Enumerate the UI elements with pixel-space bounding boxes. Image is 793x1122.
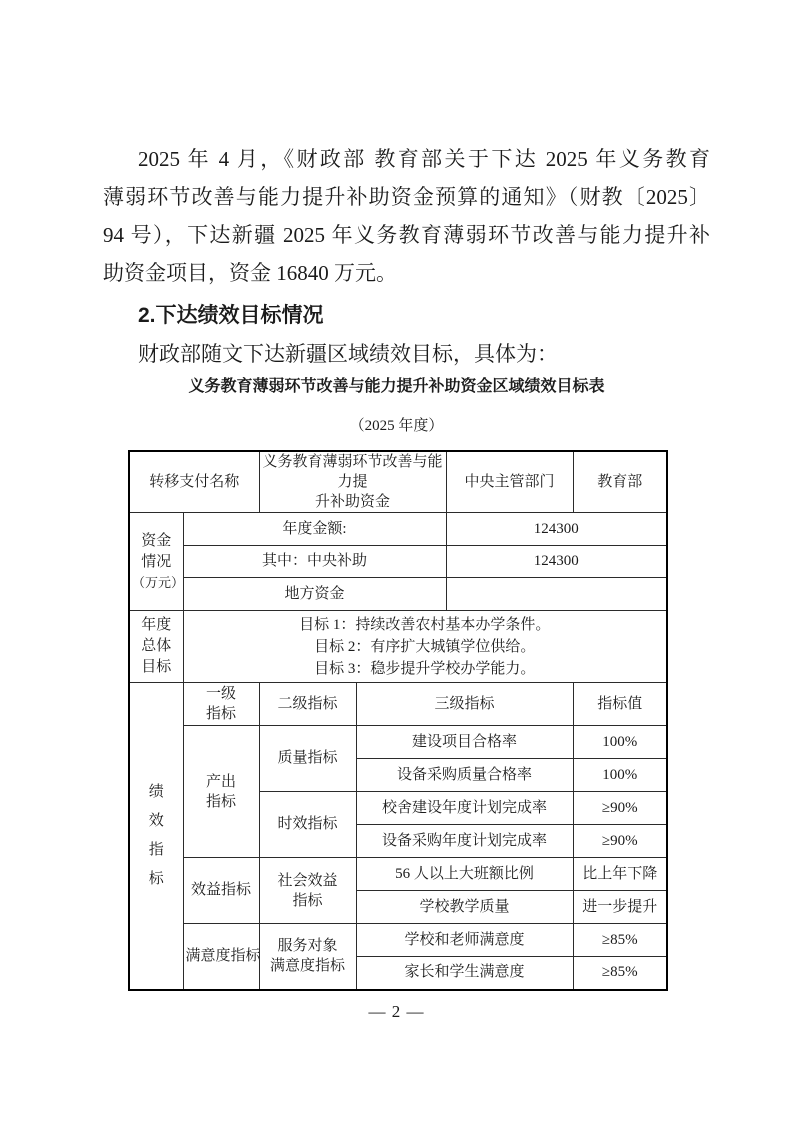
paragraph-line: 薄弱环节改善与能力提升补助资金预算的通知》（财教〔2025〕 [103, 178, 710, 216]
cell-satisfaction-indicator: 满意度指标 [183, 924, 259, 990]
cell-indicator-value: 进一步提升 [573, 891, 667, 924]
cell-level3-header: 三级指标 [356, 683, 573, 726]
goal-line: 目标 2：有序扩大城镇学位供给。 [186, 636, 665, 658]
table-row: 产出 指标 质量指标 建设项目合格率 100% [129, 726, 667, 759]
cell-local-funding-label: 地方资金 [183, 578, 446, 611]
table-title: 义务教育薄弱环节改善与能力提升补助资金区域绩效目标表 [0, 376, 793, 398]
cell-line: 指 [132, 836, 181, 865]
document-page: 2025 年 4 月，《财政部 教育部关于下达 2025 年义务教育 薄弱环节改… [0, 0, 793, 1122]
cell-line: 标 [132, 865, 181, 894]
cell-indicator-name: 学校和老师满意度 [356, 924, 573, 957]
cell-line: 指标 [262, 891, 354, 911]
lead-in-paragraph: 财政部随文下达新疆区域绩效目标，具体为： [103, 335, 710, 373]
cell-line: 效 [132, 807, 181, 836]
cell-indicator-name: 建设项目合格率 [356, 726, 573, 759]
goal-line: 目标 1：持续改善农村基本办学条件。 [186, 614, 665, 636]
table-row: 地方资金 [129, 578, 667, 611]
cell-level1-header: 一级 指标 [183, 683, 259, 726]
cell-indicator-value: ≥85% [573, 957, 667, 990]
cell-service-object-indicator: 服务对象 满意度指标 [259, 924, 356, 990]
section-heading: 2.下达绩效目标情况 [103, 297, 710, 335]
cell-performance-indicators-header: 绩 效 指 标 [129, 683, 183, 990]
cell-funding-header: 资金 情况 （万元） [129, 513, 183, 611]
table-subtitle: （2025 年度） [0, 415, 793, 437]
cell-timeliness-indicator: 时效指标 [259, 792, 356, 858]
cell-annual-amount-value: 124300 [446, 513, 667, 546]
cell-annual-goals: 目标 1：持续改善农村基本办学条件。 目标 2：有序扩大城镇学位供给。 目标 3… [183, 611, 667, 683]
cell-transfer-payment-value: 义务教育薄弱环节改善与能力提 升补助资金 [259, 451, 446, 513]
cell-line: 升补助资金 [262, 492, 444, 512]
cell-central-subsidy-label: 其中：中央补助 [183, 546, 446, 578]
cell-indicator-name: 设备采购年度计划完成率 [356, 825, 573, 858]
cell-level2-header: 二级指标 [259, 683, 356, 726]
cell-indicator-name: 家长和学生满意度 [356, 957, 573, 990]
cell-line: 目标 [132, 657, 181, 678]
cell-line: 义务教育薄弱环节改善与能力提 [262, 452, 444, 492]
cell-central-subsidy-value: 124300 [446, 546, 667, 578]
cell-line: 产出 [186, 772, 257, 792]
paragraph-line: 94 号），下达新疆 2025 年义务教育薄弱环节改善与能力提升补 [103, 216, 710, 254]
cell-central-department-label: 中央主管部门 [446, 451, 573, 513]
cell-benefit-indicator: 效益指标 [183, 858, 259, 924]
cell-line: 情况 [132, 552, 181, 573]
cell-central-department-value: 教育部 [573, 451, 667, 513]
cell-social-benefit-indicator: 社会效益 指标 [259, 858, 356, 924]
table-row: 其中：中央补助 124300 [129, 546, 667, 578]
cell-value-header: 指标值 [573, 683, 667, 726]
cell-indicator-name: 校舍建设年度计划完成率 [356, 792, 573, 825]
intro-paragraph: 2025 年 4 月，《财政部 教育部关于下达 2025 年义务教育 薄弱环节改… [103, 140, 710, 292]
paragraph-line: 助资金项目，资金 16840 万元。 [103, 254, 710, 292]
cell-indicator-value: ≥85% [573, 924, 667, 957]
cell-indicator-name: 设备采购质量合格率 [356, 759, 573, 792]
cell-indicator-value: ≥90% [573, 825, 667, 858]
cell-line: 年度 [132, 615, 181, 636]
cell-local-funding-value [446, 578, 667, 611]
table-row: 资金 情况 （万元） 年度金额: 124300 [129, 513, 667, 546]
cell-indicator-value: 100% [573, 759, 667, 792]
table-row: 效益指标 社会效益 指标 56 人以上大班额比例 比上年下降 [129, 858, 667, 891]
cell-line: 指标 [186, 792, 257, 812]
cell-quality-indicator: 质量指标 [259, 726, 356, 792]
table-row: 绩 效 指 标 一级 指标 二级指标 三级指标 指标值 [129, 683, 667, 726]
cell-line: （万元） [132, 573, 181, 592]
cell-indicator-value: 100% [573, 726, 667, 759]
cell-indicator-value: ≥90% [573, 792, 667, 825]
cell-annual-goal-header: 年度 总体 目标 [129, 611, 183, 683]
cell-line: 指标 [186, 704, 257, 724]
table-row: 转移支付名称 义务教育薄弱环节改善与能力提 升补助资金 中央主管部门 教育部 [129, 451, 667, 513]
cell-output-indicator: 产出 指标 [183, 726, 259, 858]
performance-goal-table: 转移支付名称 义务教育薄弱环节改善与能力提 升补助资金 中央主管部门 教育部 资… [128, 450, 668, 991]
cell-line: 资金 [132, 531, 181, 552]
cell-indicator-value: 比上年下降 [573, 858, 667, 891]
footer-page-number: — 2 — [0, 1003, 793, 1021]
goal-line: 目标 3：稳步提升学校办学能力。 [186, 658, 665, 680]
table-row: 年度 总体 目标 目标 1：持续改善农村基本办学条件。 目标 2：有序扩大城镇学… [129, 611, 667, 683]
paragraph-line: 2025 年 4 月，《财政部 教育部关于下达 2025 年义务教育 [103, 140, 710, 178]
table-row: 满意度指标 服务对象 满意度指标 学校和老师满意度 ≥85% [129, 924, 667, 957]
cell-line: 服务对象 [262, 936, 354, 956]
cell-line: 满意度指标 [262, 956, 354, 976]
cell-line: 绩 [132, 778, 181, 807]
cell-line: 一级 [186, 684, 257, 704]
cell-transfer-payment-label: 转移支付名称 [129, 451, 259, 513]
cell-line: 总体 [132, 636, 181, 657]
cell-line: 社会效益 [262, 871, 354, 891]
cell-indicator-name: 56 人以上大班额比例 [356, 858, 573, 891]
cell-indicator-name: 学校教学质量 [356, 891, 573, 924]
cell-annual-amount-label: 年度金额: [183, 513, 446, 546]
